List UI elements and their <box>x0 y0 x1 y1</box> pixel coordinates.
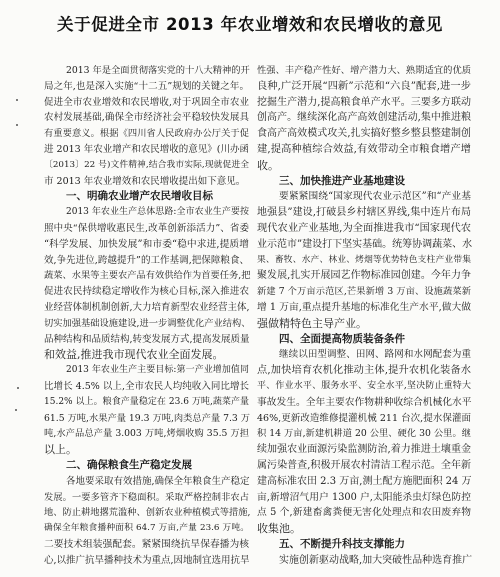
text-line: 各地要采取有效措施,确保全年粮食生产稳定 <box>44 474 249 490</box>
text-line: 品种结构和品质结构,转变发展方式,提高发展质量 <box>44 332 249 348</box>
text-line: 效,争先进位,跨越提升”的工作基调,把保障粮食、 <box>44 253 249 269</box>
text-line: 点 5 个,新建畜禽粪便无害化处理点和农田废弃物 <box>257 505 471 521</box>
text-line: 业示范市”建设打下坚实基础。统筹协调蔬菜、水 <box>257 237 471 253</box>
text-line: 属污染普查,积极开展农村清洁工程示范。全年新 <box>257 458 471 474</box>
text-line: 挖掘生产潜力,提高粮食单产水平。三要多方联动 <box>257 95 471 111</box>
text-line: 市 2013 年农业增效和农民增收提出如下意见。 <box>44 174 249 190</box>
text-line: 现代农业产业基地,为全面推进我市“国家现代农 <box>257 221 471 237</box>
text-line: 地强县”建设,打破县乡村辖区界线,集中连片布局 <box>257 205 471 221</box>
text-line: 事故发生。全年主要农作物耕种收综合机械化水平 <box>257 395 471 411</box>
text-line: 有重要意义。根据《四川省人民政府办公厅关于促 <box>44 126 249 142</box>
text-line: 心,以推广抗旱播种技术为重点,因地制宜选用抗旱 <box>44 553 249 569</box>
text-line: 吨,水产品总产量 3.003 万吨,烤烟收购 35.5 万担 <box>44 426 249 442</box>
text-line: 二要技术组装强配套。紧紧围绕抗旱保春播为核 <box>44 537 249 553</box>
section-heading: 一、明确农业增产农民增收目标 <box>44 189 249 205</box>
text-line: 强做精特色主导产业。 <box>257 316 471 332</box>
text-line: 亩,新增沼气用户 1300 户,太阳能杀虫灯绿色防控 <box>257 490 471 506</box>
text-line: 切实加强基础设施建设,进一步调整优化产业结构、 <box>44 316 249 332</box>
text-line: 比增长 4.5% 以上,全市农民人均纯收入同比增长 <box>44 379 249 395</box>
text-line: 平、作业水平、服务水平、安全水平,坚决防止重特大 <box>257 379 471 395</box>
text-line: 建,提高种植综合效益,有效带动全市粮食增产增 <box>257 142 471 158</box>
text-line: 照中央“保供增收惠民生,改革创新添活力”、省委 <box>44 221 249 237</box>
text-line: 业经营体制机制创新,大力培育新型农业经营主体, <box>44 300 249 316</box>
text-line: 和效益,推进我市现代农业全面发展。 <box>44 347 249 363</box>
scan-speck <box>15 409 17 411</box>
text-line: 进 2013 年农业增产和农民增收的意见》(川办函 <box>44 142 249 158</box>
scan-speck <box>17 387 19 389</box>
text-line: 新建 7 个万亩示范区,芒果新增 3 万亩、设施蔬菜新 <box>257 284 471 300</box>
text-line: 继续以田型调整、田网、路网和水网配套为重 <box>257 347 471 363</box>
text-line: “科学发展、加快发展”和市委“稳中求进,提质增 <box>44 237 249 253</box>
text-line: 要紧紧围绕“国家现代农业示范区”和“产业基 <box>257 189 471 205</box>
section-heading: 四、全面提高物质装备条件 <box>257 332 471 348</box>
text-line: 2013 年农业生产总体思路:全市农业生产要按 <box>44 205 249 221</box>
text-line: 61.5 万吨,水果产量 19.3 万吨,肉类总产量 7.3 万 <box>44 411 249 427</box>
text-line: 促进全市农业增效和农民增收,对于巩固全市农业 <box>44 95 249 111</box>
text-line: 增 1 万亩,重点提升基地的标准化生产水平,做大做 <box>257 300 471 316</box>
section-heading: 二、确保粮食生产稳定发展 <box>44 458 249 474</box>
text-line: 局之年,也是深入实施“十二五”规划的关键之年。 <box>44 79 249 95</box>
section-heading: 五、不断提升科技支撑能力 <box>257 537 471 553</box>
text-line: 建高标准农田 2.3 万亩,测土配方施肥面积 24 万 <box>257 474 471 490</box>
text-line: 收集池。 <box>257 521 471 537</box>
section-heading: 三、加快推进产业基地建设 <box>257 174 471 190</box>
text-line: 点,加快培育农机化推动主体,提升农机化装备水 <box>257 363 471 379</box>
text-line: 果、畜牧、水产、林业、烤烟等优势特色支柱产业带集 <box>257 253 471 269</box>
text-line: 良种,广泛开展“四新”示范和“六良”配套,进一步 <box>257 79 471 95</box>
text-line: 创高产。继续深化高产高效创建活动,集中推进粮 <box>257 110 471 126</box>
text-line: 46%,更新改造维修提灌机械 211 台次,提水保灌面 <box>257 411 471 427</box>
left-column: 2013 年是全面贯彻落实党的十八大精神的开局之年,也是深入实施“十二五”规划的… <box>44 63 249 569</box>
text-line: 促进农民持续稳定增收作为核心目标,深入推进农 <box>44 284 249 300</box>
text-line: 发展。一要多管齐下稳面积。采取严格控制非农占 <box>44 490 249 506</box>
text-line: 2013 年是全面贯彻落实党的十八大精神的开 <box>44 63 249 79</box>
right-column: 性强、丰产稳产性好、增产潜力大、熟期适宜的优质良种,广泛开展“四新”示范和“六良… <box>257 63 471 569</box>
text-line: 续加强农业面源污染监测防治,着力推进土壤重金 <box>257 442 471 458</box>
text-line: 收。 <box>257 158 471 174</box>
text-line: 以上。 <box>44 442 249 458</box>
text-line: 农村发展基础,确保全市经济社会平稳较快发展具 <box>44 110 249 126</box>
text-line: 〔2013〕22 号)文件精神,结合我市实际,现就促进全 <box>44 158 249 174</box>
text-line: 性强、丰产稳产性好、增产潜力大、熟期适宜的优质 <box>257 63 471 79</box>
text-line: 确保全年粮食播种面积 64.7 万亩,产量 23.6 万吨。 <box>44 521 249 537</box>
document-title: 关于促进全市 2013 年农业增效和农民增收的意见 <box>0 11 500 35</box>
text-line: 地、防止耕地撂荒滥种、创新农业种植模式等措施, <box>44 505 249 521</box>
scan-speck <box>16 99 18 101</box>
text-line: 积 14 万亩,新建机耕道 20 公里、硬化 30 公里。继 <box>257 426 471 442</box>
text-line: 15.2% 以上。粮食产量稳定在 23.6 万吨,蔬菜产量 <box>44 395 249 411</box>
text-line: 蔬菜、水果等主要农产品有效供给作为首要任务,把 <box>44 268 249 284</box>
text-line: 2013 年农业生产主要目标:第一产业增加值同 <box>44 363 249 379</box>
scan-speck <box>16 124 18 126</box>
text-line: 聚发展,扎实开展园艺作物标准园创建。今年力争 <box>257 268 471 284</box>
text-line: 实施创新驱动战略,加大突破性品种选育推广 <box>257 553 471 569</box>
text-line: 食高产高效模式攻关,扎实搞好整乡整县整建制创 <box>257 126 471 142</box>
